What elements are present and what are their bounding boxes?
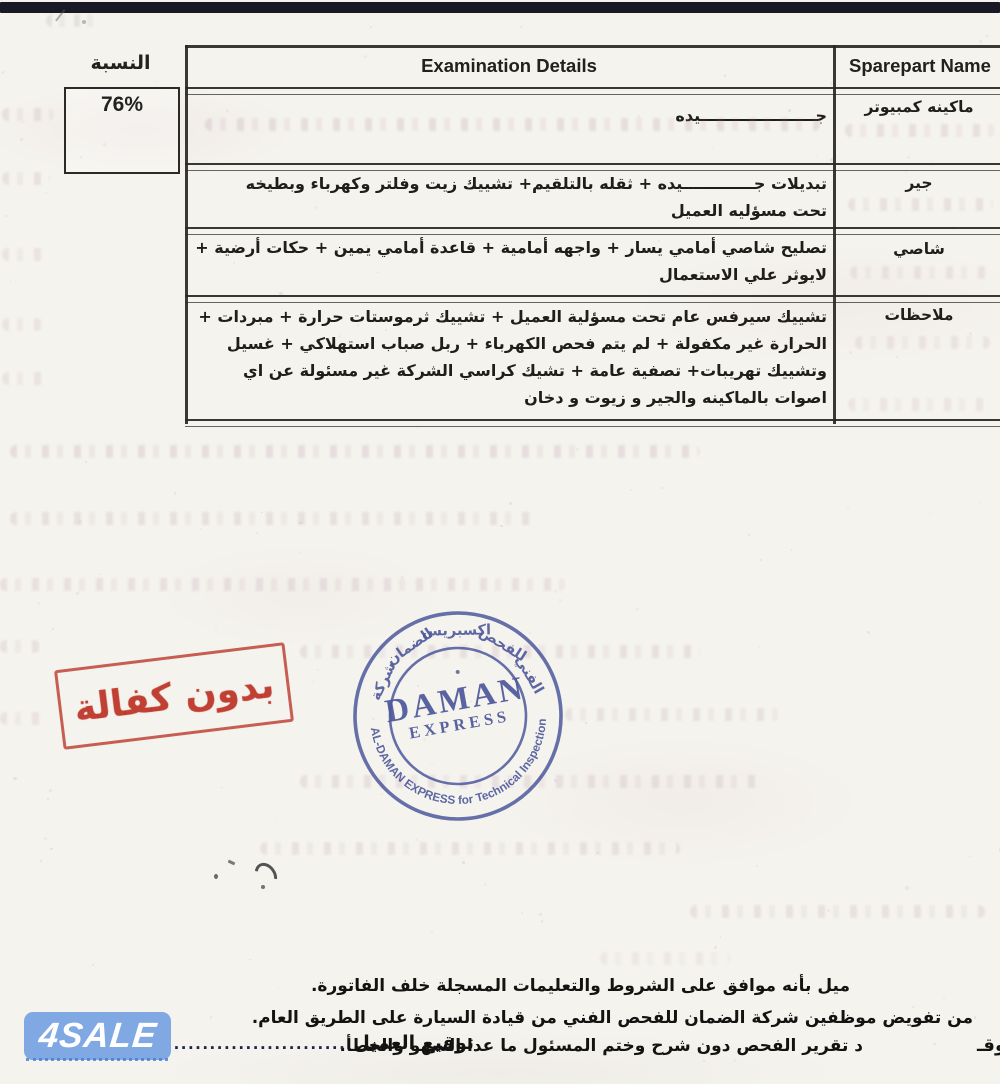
paper-speck bbox=[867, 631, 870, 634]
paper-speck bbox=[312, 681, 314, 683]
paper-speck bbox=[830, 82, 832, 84]
paper-speck bbox=[520, 26, 522, 28]
ghost-bleedthrough-line bbox=[2, 248, 46, 261]
paper-speck bbox=[926, 458, 927, 459]
paper-speck bbox=[636, 608, 639, 611]
paper-speck bbox=[470, 1000, 471, 1001]
paper-speck bbox=[969, 856, 971, 858]
signature-dotted-line: ........................ bbox=[174, 1035, 347, 1053]
paper-speck bbox=[156, 81, 158, 83]
paper-speck bbox=[22, 121, 25, 124]
paper-speck bbox=[703, 1060, 704, 1061]
paper-speck bbox=[549, 282, 550, 283]
ghost-bleedthrough-line bbox=[565, 708, 780, 721]
sparepart-name-row-2: جير bbox=[838, 174, 1000, 192]
ghost-bleedthrough-line bbox=[845, 124, 995, 137]
ghost-bleedthrough-line bbox=[0, 640, 40, 653]
paper-speck bbox=[509, 502, 512, 505]
customer-signature-label: توقيع العميل bbox=[353, 1032, 474, 1054]
sparepart-name-row-4: ملاحظات bbox=[838, 306, 1000, 324]
paper-speck bbox=[300, 552, 302, 554]
examination-details-row-3: تصليح شاصي أمامي يسار + واجهه أمامية + ق… bbox=[195, 234, 827, 288]
ghost-bleedthrough-line bbox=[848, 198, 993, 211]
terms-line-2: من تفويض موظفين شركة الضمان للفحص الفني … bbox=[252, 1008, 973, 1028]
paper-speck bbox=[200, 528, 203, 531]
scanned-inspection-report: النسبة 76% Examination Details Sparepart… bbox=[0, 0, 1000, 1084]
paper-speck bbox=[92, 964, 93, 965]
no-warranty-stamp: بدون كفالة bbox=[54, 642, 294, 750]
examination-details-row-2: تبديلات جـــــــــــــيده + ثقله بالتلقي… bbox=[195, 170, 827, 224]
paper-speck bbox=[979, 40, 982, 43]
paper-speck bbox=[637, 115, 640, 118]
paper-speck bbox=[20, 138, 23, 141]
ghost-bleedthrough-line bbox=[260, 842, 680, 855]
table-border-left bbox=[185, 45, 188, 424]
ghost-bleedthrough-line bbox=[600, 952, 730, 965]
table-border-top bbox=[185, 45, 1000, 48]
ghost-bleedthrough-line bbox=[0, 578, 565, 591]
paper-speck bbox=[417, 426, 419, 428]
paper-speck bbox=[830, 158, 833, 161]
paper-speck bbox=[5, 215, 7, 217]
paper-speck bbox=[758, 646, 760, 648]
paper-speck bbox=[955, 643, 956, 644]
percentage-value: 76% bbox=[66, 93, 178, 117]
paper-speck bbox=[748, 534, 750, 536]
ghost-bleedthrough-line bbox=[205, 118, 820, 131]
paper-speck bbox=[521, 912, 523, 914]
paper-speck bbox=[10, 280, 12, 282]
percentage-label: النسبة bbox=[58, 52, 183, 74]
forsale-watermark-text: 4SALE bbox=[36, 1016, 158, 1056]
paper-speck bbox=[221, 787, 222, 788]
terms-line-1: ميل بأنه موافق على الشروط والتعليمات الم… bbox=[311, 976, 850, 996]
ink-smudge bbox=[214, 874, 218, 879]
ghost-bleedthrough-line bbox=[2, 372, 46, 385]
table-header-separator bbox=[185, 87, 1000, 95]
paper-speck bbox=[672, 150, 673, 151]
table-header-sparepart-name: Sparepart Name bbox=[849, 55, 1000, 77]
paper-speck bbox=[416, 838, 418, 840]
paper-speck bbox=[364, 55, 367, 58]
ink-smudge bbox=[228, 860, 236, 866]
ink-smudge bbox=[261, 885, 265, 889]
paper-speck bbox=[50, 848, 53, 851]
paper-speck bbox=[816, 156, 817, 157]
paper-speck bbox=[849, 351, 852, 354]
paper-speck bbox=[470, 316, 471, 317]
paper-speck bbox=[661, 487, 663, 489]
paper-speck bbox=[377, 272, 379, 274]
no-warranty-stamp-text: بدون كفالة bbox=[72, 662, 277, 729]
paper-speck bbox=[16, 974, 17, 975]
paper-speck bbox=[712, 148, 713, 149]
paper-speck bbox=[210, 1016, 212, 1018]
paper-speck bbox=[896, 356, 899, 359]
paper-speck bbox=[541, 920, 544, 923]
paper-speck bbox=[929, 513, 932, 516]
paper-speck bbox=[847, 506, 849, 508]
table-column-separator bbox=[833, 45, 836, 424]
paper-speck bbox=[99, 573, 100, 574]
paper-speck bbox=[933, 1043, 935, 1045]
paper-speck bbox=[14, 204, 16, 206]
paper-speck bbox=[500, 525, 502, 527]
watermark-dotted-underline bbox=[26, 1058, 168, 1061]
paper-speck bbox=[969, 332, 972, 335]
paper-speck bbox=[420, 177, 421, 178]
paper-speck bbox=[411, 367, 413, 369]
paper-speck bbox=[484, 927, 485, 928]
paper-speck bbox=[943, 998, 944, 999]
paper-speck bbox=[370, 26, 372, 28]
paper-speck bbox=[2, 71, 4, 73]
paper-speck bbox=[430, 930, 433, 933]
paper-speck bbox=[385, 329, 387, 331]
stamp-center-text: DAMAN EXPRESS bbox=[382, 670, 530, 746]
paper-speck bbox=[44, 837, 46, 839]
stamp-dot bbox=[456, 670, 460, 674]
paper-speck bbox=[597, 852, 599, 854]
ghost-bleedthrough-line bbox=[0, 712, 44, 725]
paper-speck bbox=[80, 156, 82, 158]
paper-speck bbox=[585, 722, 587, 724]
paper-speck bbox=[76, 592, 79, 595]
paper-speck bbox=[49, 789, 52, 792]
paper-speck bbox=[745, 378, 748, 381]
paper-speck bbox=[174, 492, 176, 494]
ink-smudge bbox=[250, 859, 281, 892]
paper-speck bbox=[484, 883, 486, 885]
paper-speck bbox=[404, 527, 406, 529]
paper-speck bbox=[103, 143, 106, 146]
paper-speck bbox=[974, 1016, 977, 1019]
paper-speck bbox=[34, 548, 36, 550]
paper-speck bbox=[885, 724, 886, 725]
paper-speck bbox=[724, 74, 727, 77]
ghost-bleedthrough-line bbox=[2, 172, 50, 185]
table-header-examination-details: Examination Details bbox=[185, 55, 833, 77]
paper-speck bbox=[462, 861, 465, 864]
paper-speck bbox=[714, 946, 717, 949]
ghost-bleedthrough-line bbox=[850, 266, 990, 279]
paper-speck bbox=[986, 35, 988, 37]
paper-speck bbox=[229, 476, 230, 477]
paper-speck bbox=[249, 959, 250, 960]
paper-speck bbox=[791, 549, 793, 551]
ghost-bleedthrough-line bbox=[2, 108, 54, 121]
paper-speck bbox=[630, 489, 632, 491]
forsale-watermark: 4SALE bbox=[24, 1012, 171, 1060]
paper-speck bbox=[219, 505, 220, 506]
paper-speck bbox=[256, 532, 258, 534]
paper-speck bbox=[795, 664, 796, 665]
paper-speck bbox=[13, 777, 16, 780]
paper-speck bbox=[40, 860, 42, 862]
paper-speck bbox=[592, 765, 593, 766]
ghost-bleedthrough-line bbox=[46, 14, 96, 27]
paper-speck bbox=[317, 669, 319, 671]
paper-speck bbox=[233, 262, 235, 264]
paper-speck bbox=[215, 626, 217, 628]
ghost-bleedthrough-line bbox=[2, 318, 42, 331]
paper-speck bbox=[79, 520, 82, 523]
percentage-value-box: 76% bbox=[64, 87, 180, 174]
paper-speck bbox=[931, 164, 933, 166]
sparepart-name-row-3: شاصي bbox=[838, 240, 1000, 258]
paper-speck bbox=[720, 936, 721, 937]
paper-speck bbox=[759, 559, 762, 562]
scan-edge-bar bbox=[0, 2, 1000, 13]
paper-speck bbox=[576, 448, 579, 451]
paper-speck bbox=[907, 156, 910, 159]
paper-speck bbox=[46, 192, 48, 194]
paper-speck bbox=[278, 988, 279, 989]
paper-speck bbox=[279, 292, 282, 295]
paper-speck bbox=[539, 913, 542, 916]
paper-speck bbox=[554, 590, 557, 593]
paper-speck bbox=[905, 886, 908, 889]
cut-text-fragment: توقـ bbox=[977, 1035, 1000, 1056]
paper-speck bbox=[269, 52, 270, 53]
table-row-separator bbox=[185, 295, 1000, 303]
paper-speck bbox=[47, 798, 49, 800]
sparepart-name-row-1: ماكينه كمبيوتر bbox=[838, 98, 1000, 116]
paper-speck bbox=[756, 865, 758, 867]
paper-speck bbox=[35, 150, 37, 152]
paper-speck bbox=[734, 1059, 736, 1061]
paper-speck bbox=[980, 502, 982, 504]
paper-speck bbox=[52, 628, 54, 630]
paper-speck bbox=[241, 471, 242, 472]
paper-speck bbox=[37, 602, 40, 605]
paper-speck bbox=[226, 109, 229, 112]
ghost-bleedthrough-line bbox=[10, 512, 535, 525]
examination-details-row-4: تشييك سيرفس عام تحت مسؤلية العميل + تشيي… bbox=[195, 303, 827, 411]
paper-speck bbox=[275, 818, 276, 819]
paper-speck bbox=[859, 943, 860, 944]
ghost-bleedthrough-line bbox=[848, 398, 988, 411]
paper-speck bbox=[85, 461, 87, 463]
table-border-bottom bbox=[185, 419, 1000, 427]
company-round-stamp: شركة الضمان اكسبريس للفحص الفني AL-DAMAN… bbox=[342, 600, 573, 831]
paper-speck bbox=[792, 350, 793, 351]
ghost-bleedthrough-line bbox=[10, 445, 700, 458]
ghost-bleedthrough-line bbox=[690, 905, 985, 918]
ghost-bleedthrough-line bbox=[855, 336, 990, 349]
